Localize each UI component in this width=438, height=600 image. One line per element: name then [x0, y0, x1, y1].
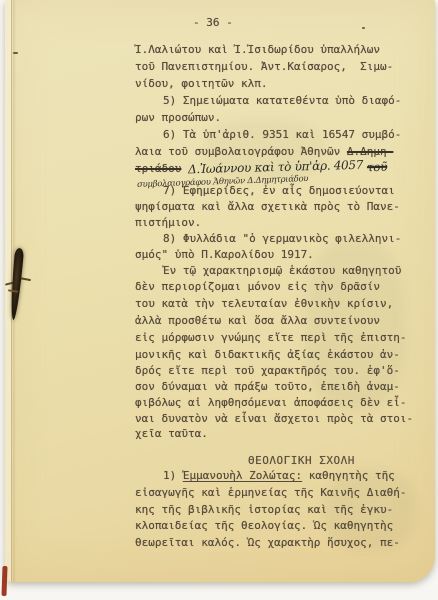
typed-text: σμός" ὑπὸ Π.Καρολίδου 1917.: [135, 248, 314, 261]
typed-text: 1): [163, 469, 183, 482]
text-line: κλοπαιδείας τῆς θεολογίας. Ὡς καθηγητὴς: [135, 520, 393, 532]
text-line: τριάδου Δ.Ἰωάννου καὶ τὸ ὑπ'ἀρ. 4057 τοῦ: [135, 162, 387, 175]
typed-text: λαια τοῦ συμβολαιογράφου Ἀθηνῶν: [135, 145, 347, 158]
text-line: φιβόλως αἱ ληφθησόμεναι ἀποφάσεις δὲν εἶ…: [135, 397, 407, 409]
text-line: Ἰ.Λαλιώτου καὶ Ἰ.Ἰσιδωρίδου ὑπαλλήλων: [135, 44, 380, 56]
typed-text: εἰς μόρφωσιν γνώμης εἴτε περὶ τῆς ἐπιστη…: [135, 331, 407, 344]
typed-text: νίδου, φοιτητῶν κλπ.: [135, 77, 267, 90]
typed-text: του κατὰ τὴν τελευταίαν ἐθνικὴν κρίσιν,: [135, 297, 393, 310]
typed-text: Ἐν τῷ χαρακτηρισμῷ ἑκάστου καθηγητοῦ: [163, 264, 401, 277]
typed-text: ρων προσώπων.: [135, 111, 221, 124]
typed-text: 5) Σημειώματα κατατεθέντα ὑπὸ διαφό-: [163, 94, 401, 107]
typed-text: ψηφίσματα καὶ ἄλλα σχετικὰ πρὸς τὸ Πανε-: [135, 200, 400, 213]
text-line: νίδου, φοιτητῶν κλπ.: [135, 78, 267, 90]
text-line: σον δύναμαι νὰ πράξω τοῦτο, ἐπειδὴ ἀναμ-: [135, 381, 400, 393]
text-line: κης τῆς βιβλικῆς ἱστορίας καὶ τῆς ἐγκυ-: [135, 504, 393, 516]
text-line: χεῖα ταῦτα.: [135, 428, 208, 440]
handwritten-text: τοῦ: [366, 161, 387, 174]
text-line: 5) Σημειώματα κατατεθέντα ὑπὸ διαφό-: [135, 95, 401, 107]
paper-sheet: - 36 -Ἰ.Λαλιώτου καὶ Ἰ.Ἰσιδωρίδου ὑπαλλή…: [5, 0, 435, 582]
typed-text: 7) Ἐφημερίδες, ἐν αἷς δημοσιεύονται: [163, 184, 395, 197]
typed-text: ἀλλὰ προσθέτω καὶ ὅσα ἄλλα συντείνουν: [135, 314, 380, 327]
typed-text: πιστήμιον.: [135, 216, 201, 229]
typed-text: μονικῆς καὶ διδακτικῆς ἀξίας ἑκάστου ἀν-: [135, 348, 400, 361]
red-edge-mark: [1, 566, 7, 596]
text-line: λαια τοῦ συμβολαιογράφου Ἀθηνῶν Δ.Δημη-: [135, 146, 393, 158]
typed-text: - 36 -: [193, 16, 233, 29]
text-line: δρός εἴτε περὶ τοῦ χαρακτῆρός του. ἐφ'ὅ-: [135, 365, 400, 377]
text-line: 1) Ἐμμανουὴλ Ζολώτας: καθηγητὴς τῆς: [135, 470, 395, 482]
text-line: 6) Τὰ ὑπ'ἀριθ. 9351 καὶ 16547 συμβό-: [135, 129, 401, 141]
text-line: μονικῆς καὶ διδακτικῆς ἀξίας ἑκάστου ἀν-: [135, 349, 400, 361]
typed-text: δὲν περιορίζομαι μόνον εἰς τὴν δρᾶσίν: [135, 280, 380, 293]
typed-text: δρός εἴτε περὶ τοῦ χαρακτῆρός του. ἐφ'ὅ-: [135, 364, 400, 377]
typed-text: κης τῆς βιβλικῆς ἱστορίας καὶ τῆς ἐγκυ-: [135, 503, 393, 516]
typed-text: τοῦ Πανεπιστημίου. Ἀντ.Καίσαρος, Σιμω-: [135, 60, 393, 73]
text-line: 8) Φυλλάδια "ὁ γερμανικὸς φιλελληνι-: [135, 233, 401, 245]
document-text: - 36 -Ἰ.Λαλιώτου καὶ Ἰ.Ἰσιδωρίδου ὑπαλλή…: [135, 0, 435, 582]
typed-text: καθηγητὴς τῆς: [302, 469, 395, 482]
typed-text: Ἰ.Λαλιώτου καὶ Ἰ.Ἰσιδωρίδου ὑπαλλήλων: [135, 43, 380, 56]
text-line: πιστήμιον.: [135, 217, 201, 229]
typed-text: θεωρεῖται καλός. Ὡς χαρακτὴρ ἥσυχος, πε-: [135, 536, 400, 549]
text-line: ρων προσώπων.: [135, 112, 221, 124]
typed-text: φιβόλως αἱ ληφθησόμεναι ἀποφάσεις δὲν εἶ…: [135, 396, 407, 409]
typed-text: Ἐμμανουὴλ Ζολώτας:: [183, 469, 302, 482]
text-line: δὲν περιορίζομαι μόνον εἰς τὴν δρᾶσίν: [135, 281, 380, 293]
page-number: - 36 -: [193, 17, 233, 29]
typed-text: 6) Τὰ ὑπ'ἀριθ. 9351 καὶ 16547 συμβό-: [163, 128, 401, 141]
text-line: Ἐν τῷ χαρακτηρισμῷ ἑκάστου καθηγητοῦ: [135, 265, 401, 277]
text-line: ψηφίσματα καὶ ἄλλα σχετικὰ πρὸς τὸ Πανε-: [135, 201, 400, 213]
text-line: εἰς μόρφωσιν γνώμης εἴτε περὶ τῆς ἐπιστη…: [135, 332, 407, 344]
text-line: εἰσαγωγῆς καὶ ἑρμηνείας τῆς Καινῆς Διαθή…: [135, 487, 407, 499]
handwritten-text: Δ.Ἰωάννου καὶ τὸ ὑπ'ἀρ. 4057: [188, 159, 367, 176]
typed-text: ΘΕΟΛΟΓΙΚΗ ΣΧΟΛΗ: [248, 454, 355, 467]
text-line: σμός" ὑπὸ Π.Καρολίδου 1917.: [135, 249, 314, 261]
typed-text: ναι δυνατὸν νὰ εἶναι ἄσχετοι πρὸς τὰ στο…: [135, 412, 413, 425]
scanned-document: - 36 -Ἰ.Λαλιώτου καὶ Ἰ.Ἰσιδωρίδου ὑπαλλή…: [0, 0, 438, 600]
typed-text: 8) Φυλλάδια "ὁ γερμανικὸς φιλελληνι-: [163, 232, 401, 245]
text-line: ἀλλὰ προσθέτω καὶ ὅσα ἄλλα συντείνουν: [135, 315, 380, 327]
typed-text: κλοπαιδείας τῆς θεολογίας. Ὡς καθηγητὴς: [135, 519, 393, 532]
text-line: ναι δυνατὸν νὰ εἶναι ἄσχετοι πρὸς τὰ στο…: [135, 413, 413, 425]
typed-text: σον δύναμαι νὰ πράξω τοῦτο, ἐπειδὴ ἀναμ-: [135, 380, 400, 393]
section-heading: ΘΕΟΛΟΓΙΚΗ ΣΧΟΛΗ: [248, 455, 355, 467]
text-line: τοῦ Πανεπιστημίου. Ἀντ.Καίσαρος, Σιμω-: [135, 61, 393, 73]
text-line: του κατὰ τὴν τελευταίαν ἐθνικὴν κρίσιν,: [135, 298, 393, 310]
text-line: θεωρεῖται καλός. Ὡς χαρακτὴρ ἥσυχος, πε-: [135, 537, 400, 549]
ink-speck: [13, 52, 18, 54]
typed-text: εἰσαγωγῆς καὶ ἑρμηνείας τῆς Καινῆς Διαθή…: [135, 486, 407, 499]
typed-text: Δ.Δημη-: [347, 145, 393, 158]
typed-text: τριάδου: [135, 162, 181, 175]
binding-fastener: [6, 244, 32, 328]
typed-text: χεῖα ταῦτα.: [135, 427, 208, 440]
text-line: 7) Ἐφημερίδες, ἐν αἷς δημοσιεύονται: [135, 185, 395, 197]
